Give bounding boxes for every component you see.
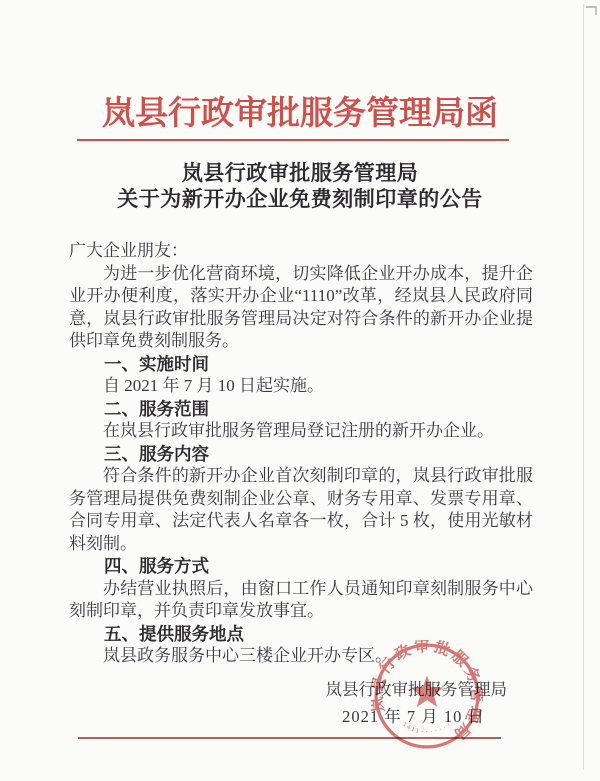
document-body: 广大企业朋友： 为进一步优化营商环境，切实降低企业开办成本，提升企业开办便利度，…	[69, 240, 533, 668]
letterhead-rule	[77, 139, 509, 141]
document-page: 岚县行政审批服务管理局函 岚县行政审批服务管理局 关于为新开办企业免费刻制印章的…	[0, 0, 600, 781]
section-3-heading: 三、服务内容	[69, 443, 533, 466]
document-title-line1: 岚县行政审批服务管理局	[0, 160, 600, 186]
salutation: 广大企业朋友：	[69, 240, 533, 263]
intro-paragraph: 为进一步优化营商环境，切实降低企业开办成本，提升企业开办便利度，落实开办企业“1…	[69, 263, 533, 353]
section-2-heading: 二、服务范围	[69, 398, 533, 421]
seal-star-icon	[411, 676, 444, 707]
section-4-heading: 四、服务方式	[69, 555, 533, 578]
section-2-text: 在岚县行政审批服务管理局登记注册的新开办企业。	[69, 420, 533, 443]
seal-code: 1411·······	[401, 721, 453, 736]
section-1-text: 自 2021 年 7 月 10 日起实施。	[69, 375, 533, 398]
section-1-heading: 一、实施时间	[69, 353, 533, 376]
scan-corner-mark	[586, 6, 597, 15]
document-title: 岚县行政审批服务管理局 关于为新开办企业免费刻制印章的公告	[0, 160, 600, 212]
section-3-text: 符合条件的新开办企业首次刻制印章的，岚县行政审批服务管理局提供免费刻制企业公章、…	[69, 465, 533, 555]
section-4-text: 办结营业执照后，由窗口工作人员通知印章刻制服务中心刻制印章，并负责印章发放事宜。	[69, 578, 533, 623]
official-seal: 岚县行政审批服务管理局 1411·······	[371, 640, 483, 752]
document-title-line2: 关于为新开办企业免费刻制印章的公告	[0, 186, 600, 212]
letterhead-title: 岚县行政审批服务管理局函	[0, 95, 600, 133]
